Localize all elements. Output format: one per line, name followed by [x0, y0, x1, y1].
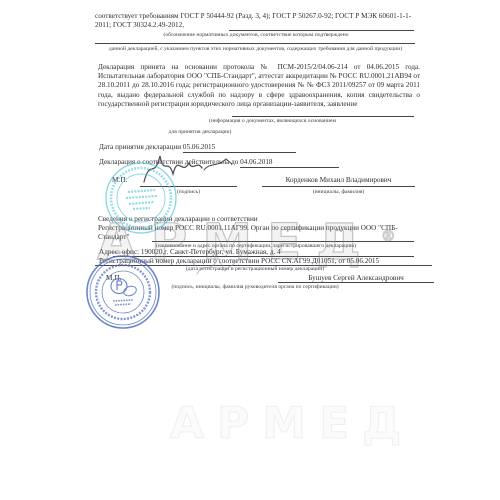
- signature-caption-2: (подпись, инициалы, фамилия руководителя…: [130, 284, 380, 291]
- declaration-basis-paragraph: Декларация принята на основании протокол…: [98, 63, 420, 109]
- brand-watermark-faint-text: АРМЕД: [170, 398, 414, 449]
- signatory-name-1: Корденков Михаил Владимирович: [262, 176, 415, 185]
- name-caption-1: (инициалы, фамилия): [262, 189, 415, 196]
- basis-caption-line1: (информация о документах, являющихся осн…: [130, 118, 415, 125]
- gost-caption-line1: (обозначение нормативных документов, соо…: [95, 32, 417, 39]
- regnum-caption: (дата регистрации и регистрационный номе…: [140, 266, 370, 273]
- brand-watermark-faint: АРМЕД: [170, 398, 414, 449]
- rule-after-gost: [229, 30, 414, 31]
- gost-conformity-paragraph: соответствует требованиям ГОСТ Р 50444-9…: [95, 12, 417, 30]
- rule-after-statement: [232, 116, 414, 117]
- round-stamp-blue: [85, 254, 161, 330]
- round-stamp-cyan: [103, 160, 179, 236]
- name-line-1: [262, 186, 415, 187]
- gost-caption-line2: данной декларацией, с указанием пунктов …: [108, 46, 403, 53]
- rule-after-org: [152, 241, 414, 242]
- name-line-2: [278, 282, 434, 283]
- rule-full-width: [95, 43, 415, 44]
- valid-until-value: 04.06.2018: [240, 158, 339, 168]
- basis-caption-line2: для принятия декларации): [95, 129, 305, 136]
- handwritten-signature-2: [194, 254, 238, 280]
- declaration-document-page: соответствует требованиям ГОСТ Р 50444-9…: [0, 0, 500, 500]
